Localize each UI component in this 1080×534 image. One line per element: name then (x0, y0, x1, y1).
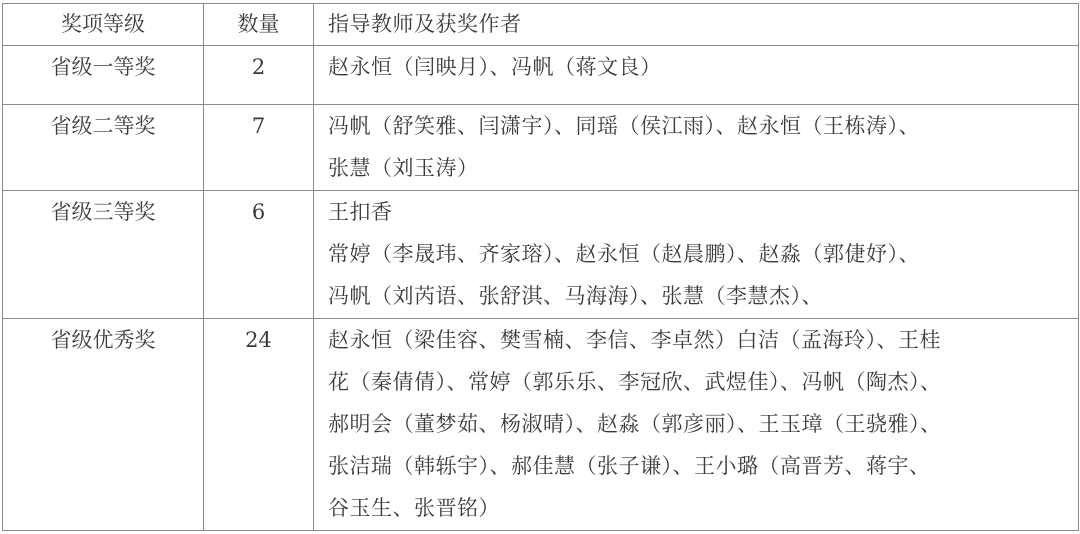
awards-table: 奖项等级 数量 指导教师及获奖作者 省级一等奖 2 赵永恒（闫映月）、冯帆（蒋文… (2, 3, 1079, 531)
count-cell: 2 (204, 46, 314, 105)
winners-line: 谷玉生、张晋铭） (328, 487, 1072, 529)
winners-line: 郝明会（董梦茹、杨淑晴）、赵淼（郭彦丽）、王玉璋（王骁雅）、 (328, 403, 1072, 445)
winners-line: 冯帆（舒笑雅、闫潇宇）、同瑶（侯江雨）、赵永恒（王栋涛）、 (328, 105, 1072, 147)
count-cell: 24 (204, 319, 314, 531)
winners-cell: 冯帆（舒笑雅、闫潇宇）、同瑶（侯江雨）、赵永恒（王栋涛）、 张慧（刘玉涛） (314, 105, 1079, 191)
award-level-cell: 省级二等奖 (3, 105, 204, 191)
winners-cell: 王扣香 常婷（李晟玮、齐家瑢）、赵永恒（赵晨鹏）、赵淼（郭倢妤）、 冯帆（刘芮语… (314, 191, 1079, 319)
award-level-cell: 省级一等奖 (3, 46, 204, 105)
header-award-level: 奖项等级 (3, 4, 204, 46)
winners-line: 花（秦倩倩）、常婷（郭乐乐、李冠欣、武煜佳）、冯帆（陶杰）、 (328, 361, 1072, 403)
winners-line: 赵永恒（闫映月）、冯帆（蒋文良） (328, 46, 1072, 88)
award-level-cell: 省级优秀奖 (3, 319, 204, 531)
header-count: 数量 (204, 4, 314, 46)
table-row: 省级二等奖 7 冯帆（舒笑雅、闫潇宇）、同瑶（侯江雨）、赵永恒（王栋涛）、 张慧… (3, 105, 1079, 191)
award-level-cell: 省级三等奖 (3, 191, 204, 319)
winners-line: 王扣香 (328, 191, 1072, 233)
winners-line: 赵永恒（梁佳容、樊雪楠、李信、李卓然）白洁（孟海玲）、王桂 (328, 319, 1072, 361)
table-header-row: 奖项等级 数量 指导教师及获奖作者 (3, 4, 1079, 46)
header-advisors-winners: 指导教师及获奖作者 (314, 4, 1079, 46)
winners-line: 张洁瑞（韩轹宇）、郝佳慧（张子谦）、王小璐（高晋芳、蒋宇、 (328, 445, 1072, 487)
winners-line: 冯帆（刘芮语、张舒淇、马海海）、张慧（李慧杰）、 (328, 275, 1072, 317)
count-cell: 7 (204, 105, 314, 191)
count-cell: 6 (204, 191, 314, 319)
table-row: 省级三等奖 6 王扣香 常婷（李晟玮、齐家瑢）、赵永恒（赵晨鹏）、赵淼（郭倢妤）… (3, 191, 1079, 319)
winners-cell: 赵永恒（闫映月）、冯帆（蒋文良） (314, 46, 1079, 105)
winners-cell: 赵永恒（梁佳容、樊雪楠、李信、李卓然）白洁（孟海玲）、王桂 花（秦倩倩）、常婷（… (314, 319, 1079, 531)
winners-line: 常婷（李晟玮、齐家瑢）、赵永恒（赵晨鹏）、赵淼（郭倢妤）、 (328, 233, 1072, 275)
table-row: 省级一等奖 2 赵永恒（闫映月）、冯帆（蒋文良） (3, 46, 1079, 105)
winners-line: 张慧（刘玉涛） (328, 147, 1072, 189)
table-row: 省级优秀奖 24 赵永恒（梁佳容、樊雪楠、李信、李卓然）白洁（孟海玲）、王桂 花… (3, 319, 1079, 531)
